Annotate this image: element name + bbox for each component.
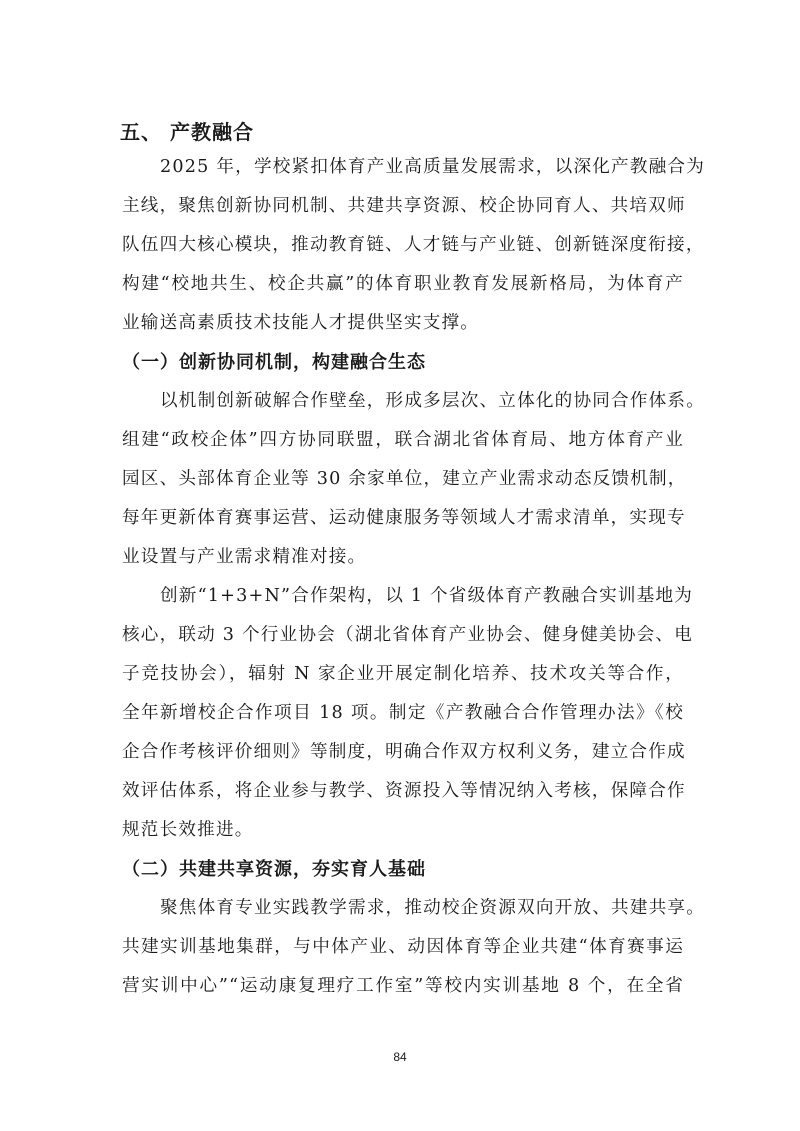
paragraph-line: 共建实训基地集群，与中体产业、动因体育等企业共建“体育赛事运 [122, 935, 684, 959]
subsection-heading-2: （二）共建共享资源，夯实育人基础 [122, 855, 426, 881]
paragraph-line: 业设置与产业需求精准对接。 [122, 545, 684, 569]
paragraph-line: 子竞技协会），辐射 N 家企业开展定制化培养、技术攻关等合作， [122, 662, 684, 686]
paragraph-line: 2025 年，学校紧扣体育产业高质量发展需求，以深化产教融合为 [160, 155, 684, 179]
section-heading: 五、 产教融合 [120, 116, 254, 145]
paragraph-line: 每年更新体育赛事运营、运动健康服务等领域人才需求清单，实现专 [122, 506, 684, 530]
paragraph-line: 业输送高素质技术技能人才提供坚实支撑。 [122, 311, 684, 335]
page-number: 84 [0, 1050, 800, 1064]
paragraph-line: 聚焦体育专业实践教学需求，推动校企资源双向开放、共建共享。 [160, 896, 684, 920]
paragraph-line: 组建“政校企体”四方协同联盟，联合湖北省体育局、地方体育产业 [122, 428, 684, 452]
paragraph-line: 营实训中心”“运动康复理疗工作室”等校内实训基地 8 个，在全省 [122, 974, 684, 998]
paragraph-line: 创新“1+3+N”合作架构，以 1 个省级体育产教融合实训基地为 [160, 584, 684, 608]
paragraph-line: 企合作考核评价细则》等制度，明确合作双方权利义务，建立合作成 [122, 740, 684, 764]
subsection-heading-1: （一）创新协同机制，构建融合生态 [122, 348, 426, 374]
paragraph-line: 全年新增校企合作项目 18 项。制定《产教融合合作管理办法》《校 [122, 701, 684, 725]
paragraph-line: 核心，联动 3 个行业协会（湖北省体育产业协会、健身健美协会、电 [122, 623, 684, 647]
document-page: 五、 产教融合 2025 年，学校紧扣体育产业高质量发展需求，以深化产教融合为 … [0, 0, 800, 1131]
paragraph-line: 效评估体系，将企业参与教学、资源投入等情况纳入考核，保障合作 [122, 779, 684, 803]
paragraph-line: 规范长效推进。 [122, 818, 684, 842]
paragraph-line: 以机制创新破解合作壁垒，形成多层次、立体化的协同合作体系。 [160, 389, 684, 413]
paragraph-line: 园区、头部体育企业等 30 余家单位，建立产业需求动态反馈机制， [122, 467, 684, 491]
paragraph-line: 队伍四大核心模块，推动教育链、人才链与产业链、创新链深度衔接， [122, 233, 684, 257]
paragraph-line: 构建“校地共生、校企共赢”的体育职业教育发展新格局，为体育产 [122, 272, 684, 296]
paragraph-line: 主线，聚焦创新协同机制、共建共享资源、校企协同育人、共培双师 [122, 194, 684, 218]
